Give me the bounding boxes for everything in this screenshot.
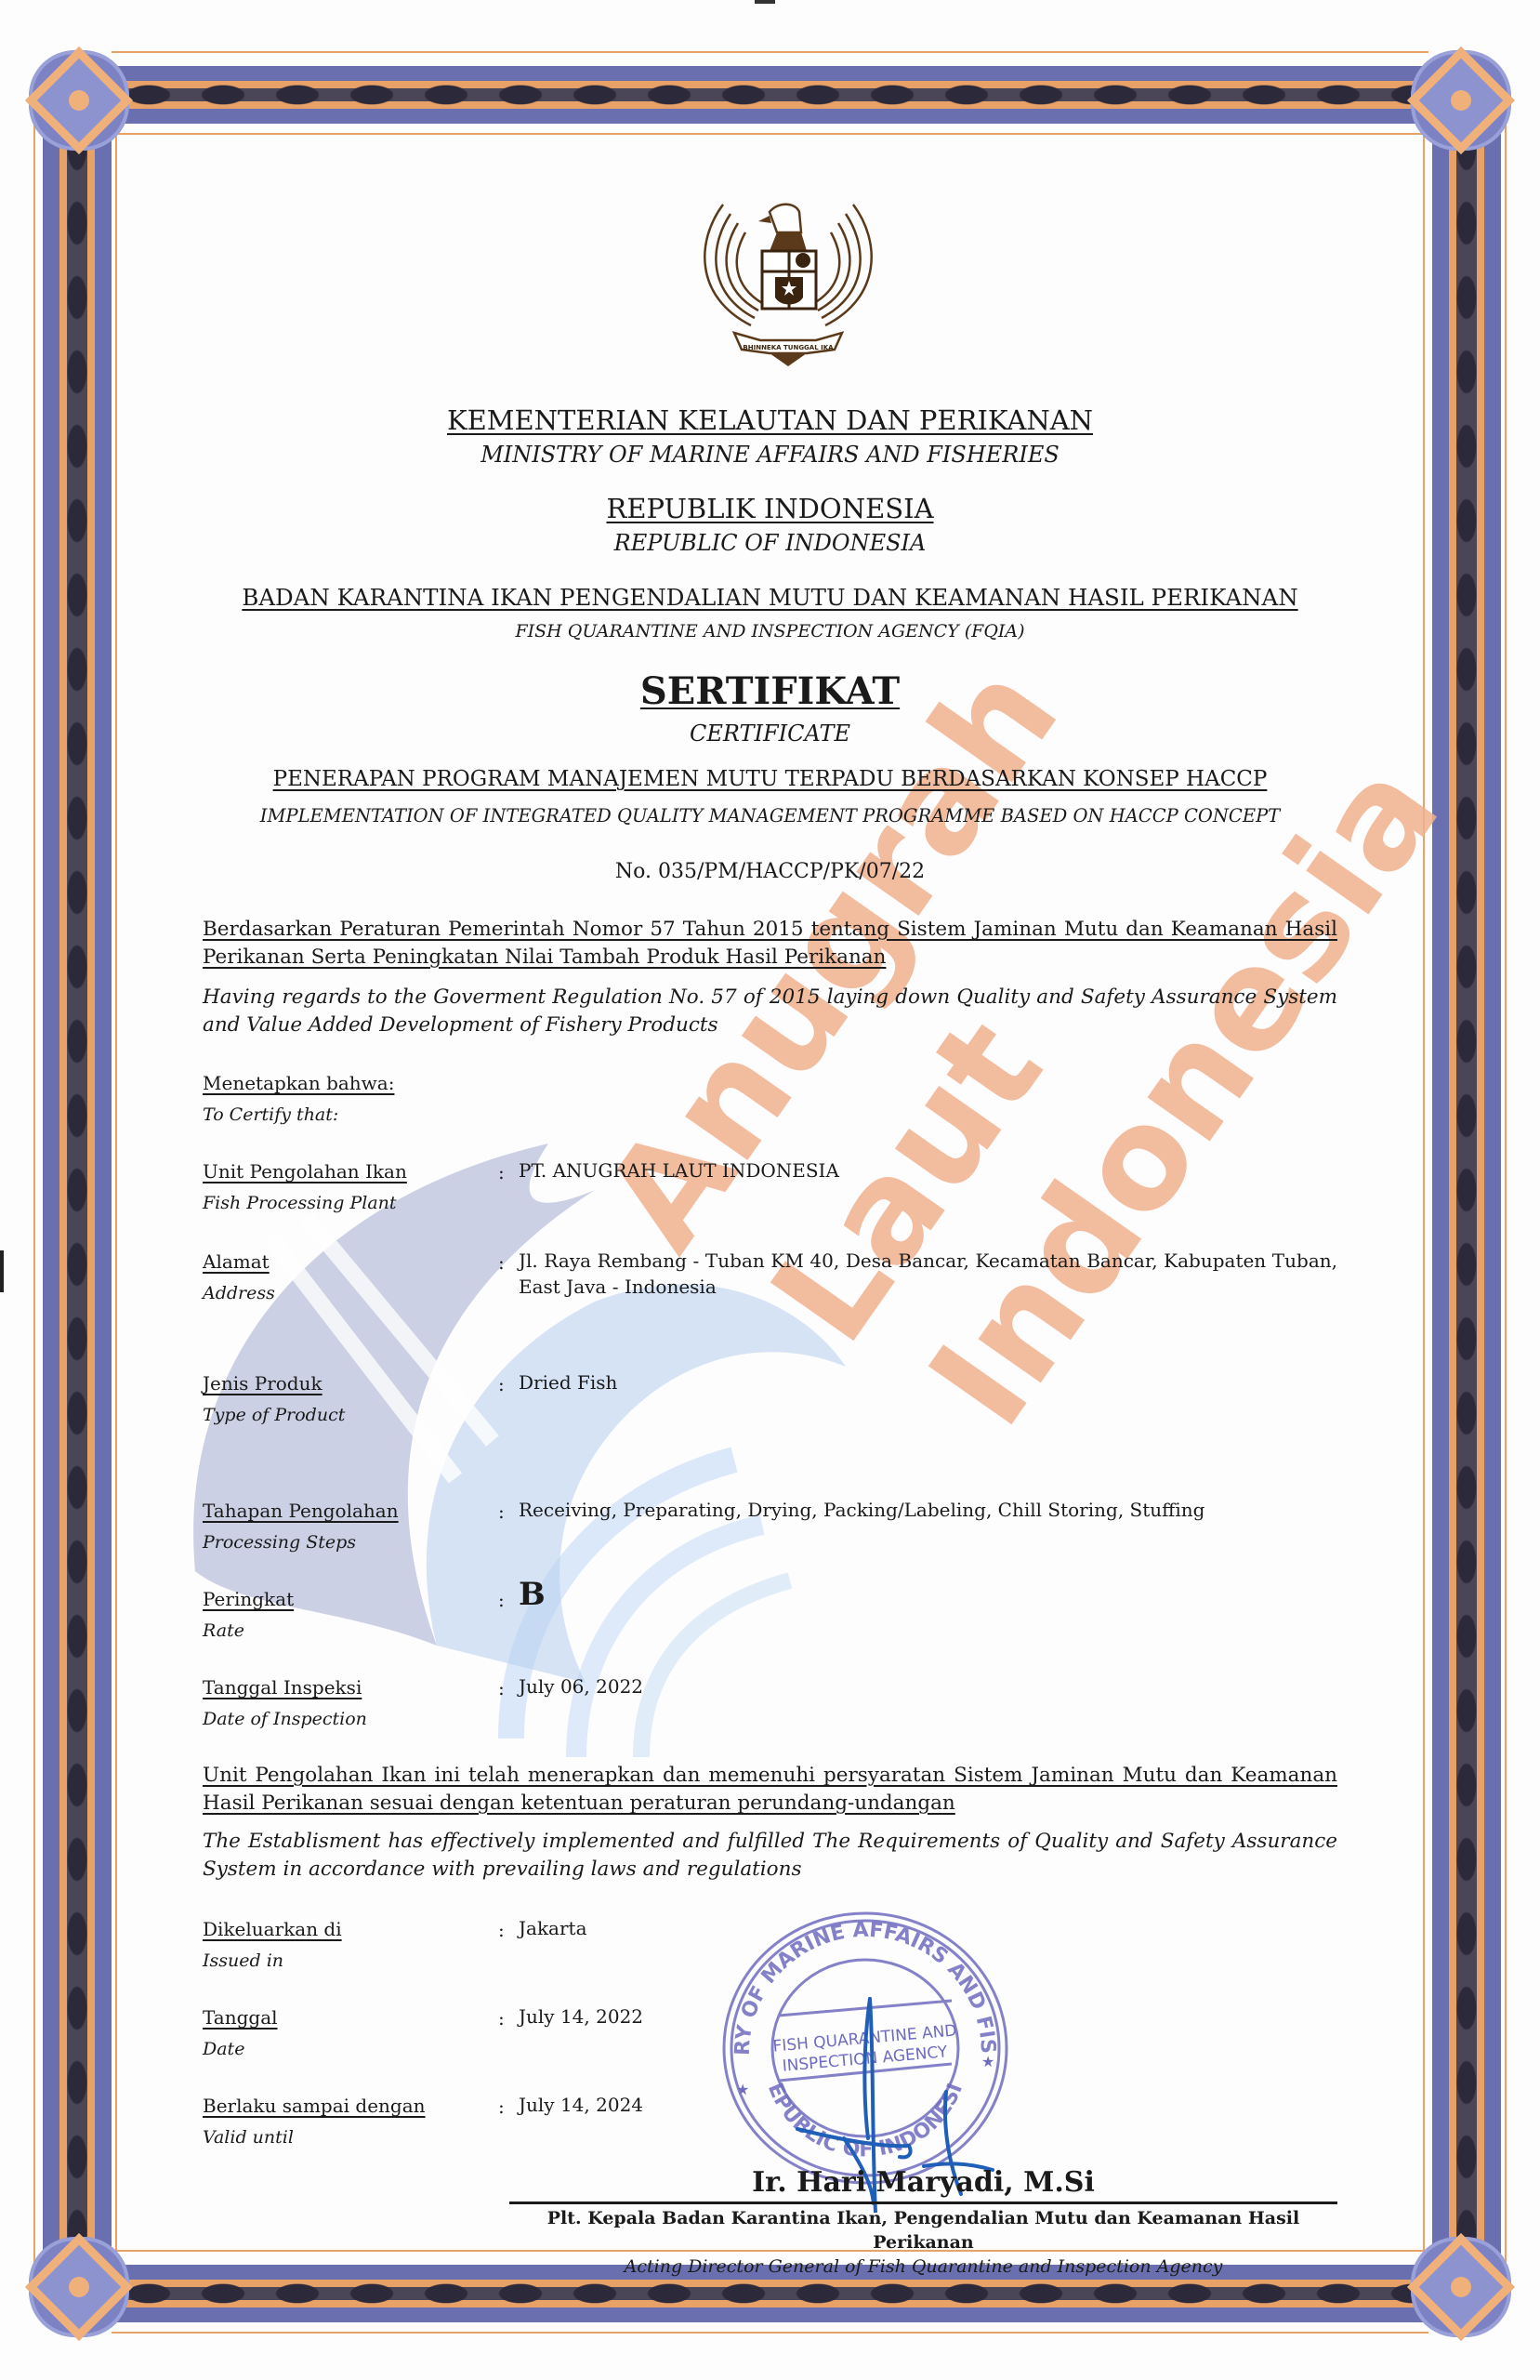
compliance-statement-en: The Establisment has effectively impleme… bbox=[203, 1828, 1337, 1884]
field-label-en: Type of Product bbox=[203, 1405, 345, 1425]
certificate-title-en: CERTIFICATE bbox=[203, 721, 1337, 747]
field-processing-steps: Tahapan Pengolahan Processing Steps : Re… bbox=[203, 1497, 1337, 1571]
field-colon: : bbox=[498, 1501, 505, 1523]
svg-text:BHINNEKA TUNGGAL IKA: BHINNEKA TUNGGAL IKA bbox=[743, 344, 834, 351]
field-label-en: Fish Processing Plant bbox=[203, 1193, 397, 1213]
republic-name-en: REPUBLIC OF INDONESIA bbox=[203, 530, 1337, 556]
field-label-en: Date bbox=[203, 2039, 244, 2059]
certify-label: Menetapkan bahwa: bbox=[203, 1069, 394, 1097]
corner-ornament-icon bbox=[23, 2231, 135, 2343]
program-title: PENERAPAN PROGRAM MANAJEMEN MUTU TERPADU… bbox=[203, 767, 1337, 791]
certify-heading: Menetapkan bahwa: To Certify that: bbox=[203, 1069, 1337, 1144]
field-label-en: Rate bbox=[203, 1620, 244, 1641]
border-top bbox=[112, 51, 1428, 135]
border-right bbox=[1423, 112, 1507, 2268]
signature-line bbox=[509, 2201, 1337, 2204]
field-label-en: Processing Steps bbox=[203, 1532, 356, 1553]
field-label: Tanggal Inspeksi bbox=[203, 1673, 362, 1701]
garuda-emblem-icon: BHINNEKA TUNGGAL IKA bbox=[677, 167, 900, 372]
agency-name-en: FISH QUARANTINE AND INSPECTION AGENCY (F… bbox=[203, 621, 1337, 641]
certificate-number: No. 035/PM/HACCP/PK/07/22 bbox=[203, 860, 1337, 883]
field-label: Berlaku sampai dengan bbox=[203, 2092, 426, 2120]
border-left bbox=[33, 112, 117, 2268]
field-colon: : bbox=[498, 1677, 505, 1699]
field-label: Dikeluarkan di bbox=[203, 1915, 342, 1943]
scan-mark bbox=[755, 0, 775, 4]
field-product-type: Jenis Produk Type of Product : Dried Fis… bbox=[203, 1369, 1337, 1444]
field-value: Receiving, Preparating, Drying, Packing/… bbox=[519, 1497, 1337, 1523]
field-colon: : bbox=[498, 1919, 505, 1941]
scan-mark bbox=[0, 1250, 4, 1292]
field-label: Unit Pengolahan Ikan bbox=[203, 1157, 407, 1185]
signer-title: Plt. Kepala Badan Karantina Ikan, Pengen… bbox=[509, 2206, 1337, 2254]
field-value: July 06, 2022 bbox=[519, 1673, 1337, 1699]
field-colon: : bbox=[498, 2007, 505, 2030]
field-address: Alamat Address : Jl. Raya Rembang - Tuba… bbox=[203, 1248, 1337, 1322]
regulation-text-en: Having regards to the Goverment Regulati… bbox=[203, 984, 1337, 1039]
signer-name: Ir. Hari Maryadi, M.Si bbox=[509, 2166, 1337, 2200]
agency-name: BADAN KARANTINA IKAN PENGENDALIAN MUTU D… bbox=[203, 584, 1337, 611]
field-rate: Peringkat Rate : B bbox=[203, 1585, 1337, 1659]
field-label: Jenis Produk bbox=[203, 1369, 322, 1397]
republic-name: REPUBLIK INDONESIA bbox=[203, 493, 1337, 524]
signer-title-en: Acting Director General of Fish Quaranti… bbox=[509, 2254, 1337, 2279]
field-label-en: Address bbox=[203, 1283, 275, 1303]
program-title-en: IMPLEMENTATION OF INTEGRATED QUALITY MAN… bbox=[203, 805, 1337, 826]
field-processing-plant: Unit Pengolahan Ikan Fish Processing Pla… bbox=[203, 1157, 1337, 1232]
field-label-en: Date of Inspection bbox=[203, 1709, 367, 1729]
compliance-statement: Unit Pengolahan Ikan ini telah menerapka… bbox=[203, 1762, 1337, 1818]
certificate-title: SERTIFIKAT bbox=[203, 669, 1337, 713]
field-value: Jl. Raya Rembang - Tuban KM 40, Desa Ban… bbox=[519, 1248, 1337, 1300]
field-label: Alamat bbox=[203, 1248, 270, 1276]
field-label: Tanggal bbox=[203, 2003, 278, 2031]
certify-label-en: To Certify that: bbox=[203, 1104, 338, 1125]
ministry-name-en: MINISTRY OF MARINE AFFAIRS AND FISHERIES bbox=[203, 442, 1337, 468]
regulation-text: Berdasarkan Peraturan Pemerintah Nomor 5… bbox=[203, 916, 1337, 972]
field-value: PT. ANUGRAH LAUT INDONESIA bbox=[519, 1157, 1337, 1183]
signer-block: Ir. Hari Maryadi, M.Si Plt. Kepala Badan… bbox=[509, 2166, 1337, 2279]
corner-ornament-icon bbox=[1405, 2231, 1517, 2343]
field-label-en: Valid until bbox=[203, 2127, 294, 2148]
field-colon: : bbox=[498, 1251, 505, 1274]
field-label: Tahapan Pengolahan bbox=[203, 1497, 399, 1525]
ministry-name: KEMENTERIAN KELAUTAN DAN PERIKANAN bbox=[203, 404, 1337, 436]
field-value: Dried Fish bbox=[519, 1369, 1337, 1395]
field-colon: : bbox=[498, 1161, 505, 1183]
corner-ornament-icon bbox=[1405, 45, 1517, 156]
svg-text:★: ★ bbox=[736, 2081, 749, 2098]
field-colon: : bbox=[498, 1589, 505, 1611]
field-label: Peringkat bbox=[203, 1585, 294, 1613]
corner-ornament-icon bbox=[23, 45, 135, 156]
rate-value: B bbox=[519, 1581, 1337, 1607]
field-colon: : bbox=[498, 1373, 505, 1395]
field-inspection-date: Tanggal Inspeksi Date of Inspection : Ju… bbox=[203, 1673, 1337, 1748]
field-label-en: Issued in bbox=[203, 1950, 283, 1971]
field-colon: : bbox=[498, 2096, 505, 2118]
